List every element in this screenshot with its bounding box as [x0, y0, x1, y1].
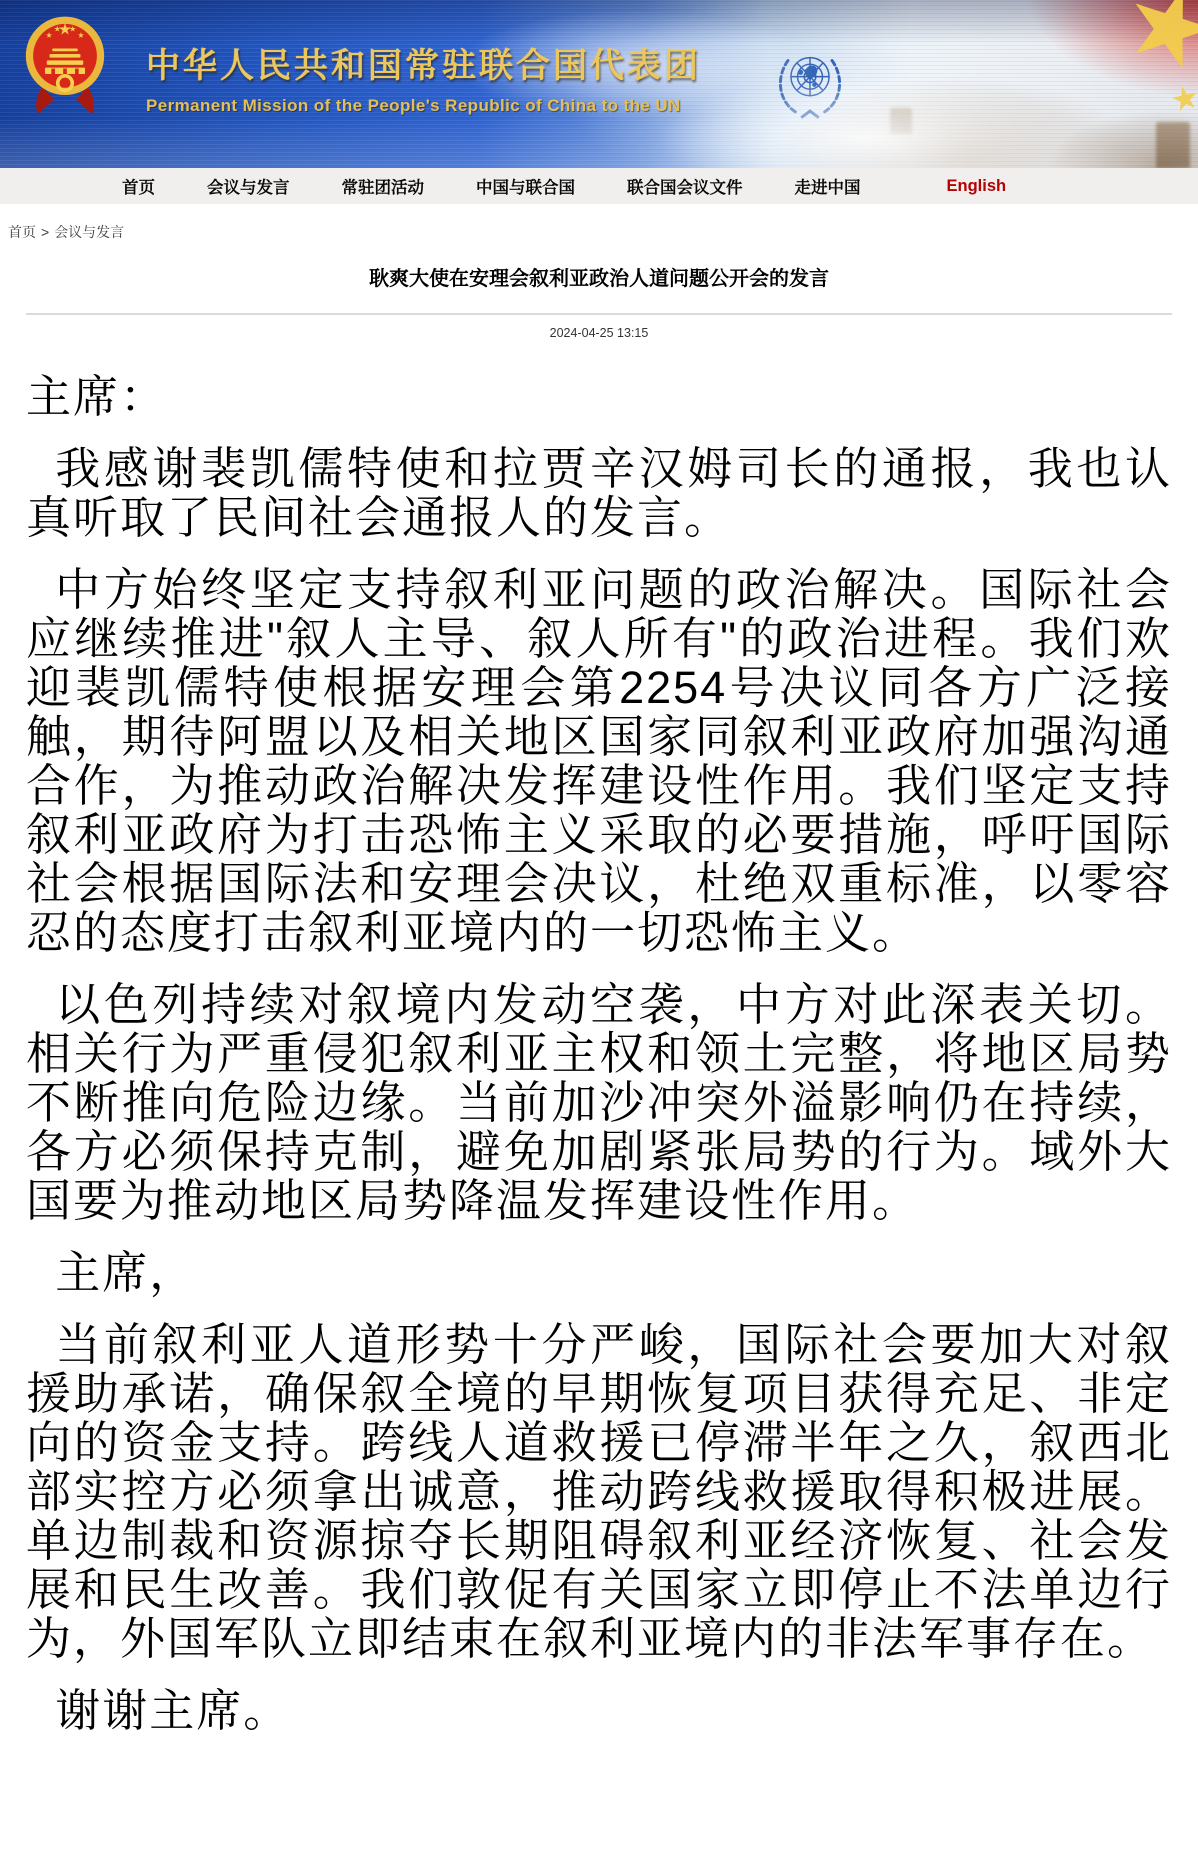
breadcrumb-separator: >: [41, 224, 49, 240]
nav-item-english[interactable]: English: [947, 177, 1007, 196]
banner-titles: 中华人民共和国常驻联合国代表团 Permanent Mission of the…: [146, 38, 701, 116]
main-nav: 首页 会议与发言 常驻团活动 中国与联合国 联合国会议文件 走进中国 Engli…: [0, 168, 1198, 204]
site-banner: 中华人民共和国常驻联合国代表团 Permanent Mission of the…: [0, 0, 1198, 168]
paragraph: 中方始终坚定支持叙利亚问题的政治解决。国际社会应继续推进"叙人主导、叙人所有"的…: [26, 565, 1172, 957]
paragraph: 以色列持续对叙境内发动空袭，中方对此深表关切。相关行为严重侵犯叙利亚主权和领土完…: [26, 980, 1172, 1225]
title-divider: [26, 313, 1172, 315]
china-national-emblem-icon: [24, 8, 106, 125]
article-body: 主席： 我感谢裴凯儒特使和拉贾辛汉姆司长的通报，我也认真听取了民间社会通报人的发…: [0, 372, 1198, 1828]
breadcrumb: 首页>会议与发言: [8, 222, 1198, 242]
breadcrumb-section-link[interactable]: 会议与发言: [54, 224, 124, 240]
nav-item-un-documents[interactable]: 联合国会议文件: [627, 174, 743, 198]
paragraph: 当前叙利亚人道形势十分严峻，国际社会要加大对叙援助承诺，确保叙全境的早期恢复项目…: [26, 1320, 1172, 1663]
paragraph: 我感谢裴凯儒特使和拉贾辛汉姆司长的通报，我也认真听取了民间社会通报人的发言。: [26, 444, 1172, 542]
article-title: 耿爽大使在安理会叙利亚政治人道问题公开会的发言: [0, 262, 1198, 291]
site-title-english: Permanent Mission of the People's Republ…: [146, 96, 701, 116]
paragraph-salutation: 主席，: [26, 1248, 1172, 1297]
nav-item-china-and-un[interactable]: 中国与联合国: [476, 174, 575, 198]
nav-item-mission-activities[interactable]: 常驻团活动: [342, 174, 425, 198]
article: 耿爽大使在安理会叙利亚政治人道问题公开会的发言 2024-04-25 13:15…: [0, 262, 1198, 1828]
paragraph-salutation: 主席：: [26, 372, 1172, 421]
flag-star-icon: [1172, 86, 1198, 117]
great-wall-tower-decoration: [1156, 122, 1190, 168]
article-date: 2024-04-25 13:15: [0, 326, 1198, 340]
paragraph-closing: 谢谢主席。: [26, 1686, 1172, 1735]
breadcrumb-home-link[interactable]: 首页: [8, 224, 36, 240]
flag-star-icon: [1128, 0, 1198, 75]
nav-item-about-china[interactable]: 走进中国: [795, 174, 861, 198]
site-title-chinese: 中华人民共和国常驻联合国代表团: [146, 38, 701, 87]
nav-item-home[interactable]: 首页: [122, 174, 155, 198]
nav-item-meetings-statements[interactable]: 会议与发言: [207, 174, 290, 198]
